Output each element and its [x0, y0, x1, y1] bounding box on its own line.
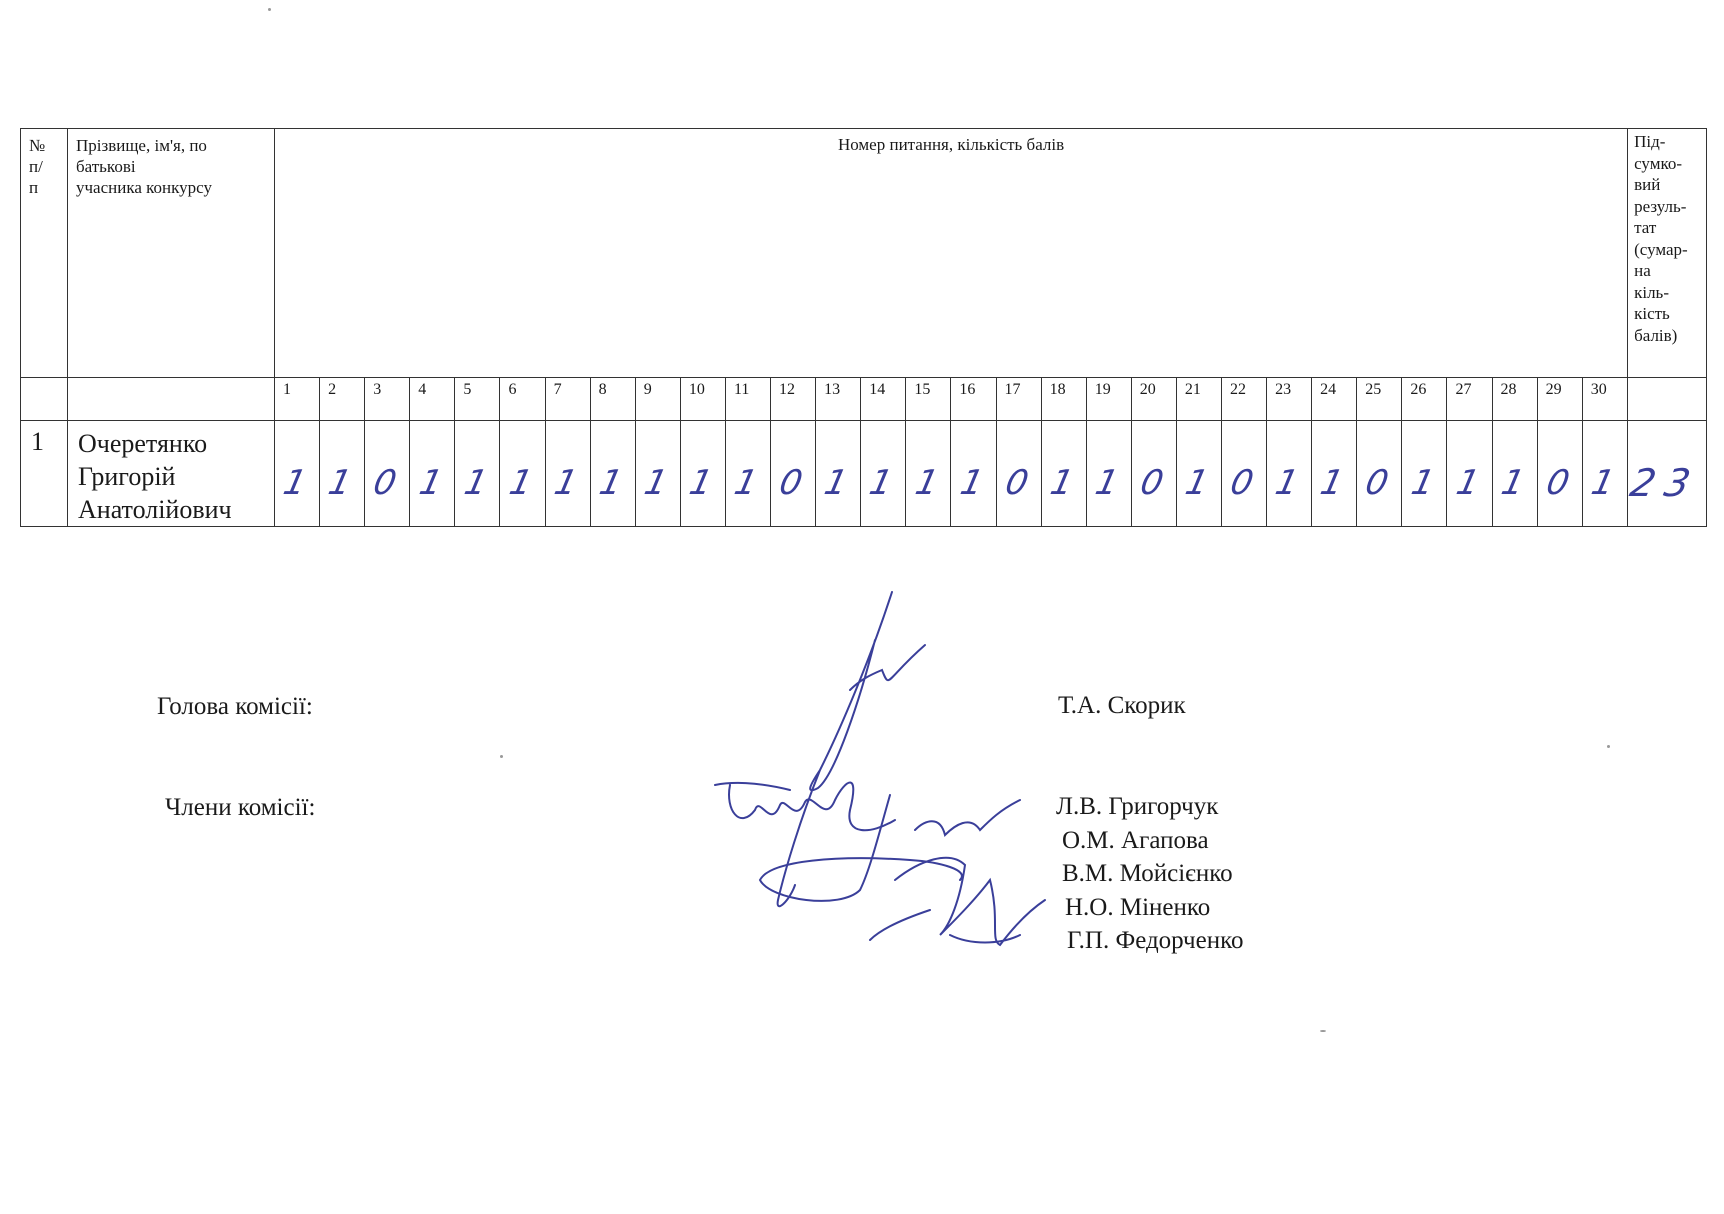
header-total-line: сумко-	[1634, 153, 1706, 175]
score-value: 1	[911, 445, 945, 503]
question-number: 24	[1312, 378, 1357, 421]
score-value: 1	[551, 445, 585, 503]
header-total: Під-сумко-вийрезуль-тат(сумар-накіль-кіс…	[1628, 129, 1707, 378]
participant-surname: Очеретянко	[78, 427, 274, 460]
score-value: 1	[1047, 445, 1081, 503]
total-score-cell: 23	[1628, 421, 1707, 527]
header-total-line: кіль-	[1634, 282, 1706, 304]
score-value: 1	[866, 445, 900, 503]
header-number-line: п/	[29, 156, 67, 177]
score-cell: 0	[1357, 421, 1402, 527]
score-value: 1	[596, 445, 630, 503]
question-number: 14	[861, 378, 906, 421]
total-score-value: 23	[1626, 443, 1708, 505]
score-value: 0	[1137, 445, 1171, 503]
score-value: 1	[1317, 445, 1351, 503]
score-cell: 1	[1267, 421, 1312, 527]
member-name: О.М. Агапова	[1062, 824, 1209, 858]
question-number: 20	[1131, 378, 1176, 421]
score-cell: 1	[906, 421, 951, 527]
score-value: 1	[1092, 445, 1126, 503]
score-value: 1	[1588, 445, 1622, 503]
score-value: 1	[731, 445, 765, 503]
header-name: Прізвище, ім'я, по батькові учасника кон…	[68, 129, 275, 378]
question-number: 3	[365, 378, 410, 421]
score-cell: 1	[590, 421, 635, 527]
header-name-line: Прізвище, ім'я, по	[76, 135, 274, 156]
header-name-line: батькові	[76, 156, 274, 177]
header-questions-title: Номер питання, кількість балів	[275, 129, 1628, 378]
question-number: 10	[680, 378, 725, 421]
participant-first-name: Григорій	[78, 460, 274, 493]
question-number: 11	[725, 378, 770, 421]
score-cell: 1	[1086, 421, 1131, 527]
question-number: 28	[1492, 378, 1537, 421]
question-number: 2	[320, 378, 365, 421]
score-cell: 0	[1131, 421, 1176, 527]
header-name-line: учасника конкурсу	[76, 177, 274, 198]
score-cell: 1	[1582, 421, 1627, 527]
score-cell: 1	[1176, 421, 1221, 527]
empty-cell	[21, 378, 68, 421]
score-value: 0	[1227, 445, 1261, 503]
question-number: 13	[816, 378, 861, 421]
chair-label: Голова комісії:	[157, 693, 313, 721]
score-value: 1	[415, 445, 449, 503]
score-cell: 1	[1312, 421, 1357, 527]
participant-patronymic: Анатолійович	[78, 493, 274, 526]
question-number: 23	[1267, 378, 1312, 421]
member-name: Л.В. Григорчук	[1056, 790, 1218, 824]
member-name: В.М. Мойсієнко	[1062, 857, 1233, 891]
score-table: № п/ п Прізвище, ім'я, по батькові учасн…	[20, 128, 1707, 527]
member-name: Г.П. Федорченко	[1067, 924, 1243, 958]
score-value: 1	[506, 445, 540, 503]
question-number: 29	[1537, 378, 1582, 421]
question-number: 16	[951, 378, 996, 421]
table-row: 1 Очеретянко Григорій Анатолійович 11011…	[21, 421, 1707, 527]
score-cell: 0	[1537, 421, 1582, 527]
question-number: 21	[1176, 378, 1221, 421]
question-number: 8	[590, 378, 635, 421]
score-value: 0	[1362, 445, 1396, 503]
question-number: 9	[635, 378, 680, 421]
question-number: 7	[545, 378, 590, 421]
question-number: 12	[771, 378, 816, 421]
header-number-line: №	[29, 135, 67, 156]
header-total-line: вий	[1634, 174, 1706, 196]
member-name: Н.О. Міненко	[1065, 891, 1210, 925]
row-number: 1	[21, 421, 68, 527]
question-number: 22	[1221, 378, 1266, 421]
score-value: 1	[1452, 445, 1486, 503]
score-cell: 1	[410, 421, 455, 527]
score-cell: 1	[1447, 421, 1492, 527]
question-number-row: 1234567891011121314151617181920212223242…	[21, 378, 1707, 421]
header-total-line: (сумар-	[1634, 239, 1706, 261]
header-total-line: резуль-	[1634, 196, 1706, 218]
header-total-line: Під-	[1634, 131, 1706, 153]
header-total-line: тат	[1634, 217, 1706, 239]
score-value: 0	[1543, 445, 1577, 503]
score-cell: 1	[951, 421, 996, 527]
score-cell: 1	[816, 421, 861, 527]
participant-name: Очеретянко Григорій Анатолійович	[68, 421, 275, 527]
score-value: 1	[280, 445, 314, 503]
score-cell: 0	[365, 421, 410, 527]
header-number-line: п	[29, 177, 67, 198]
score-cell: 1	[1402, 421, 1447, 527]
score-cell: 1	[545, 421, 590, 527]
score-value: 0	[776, 445, 810, 503]
question-number: 4	[410, 378, 455, 421]
question-number: 1	[275, 378, 320, 421]
question-number: 25	[1357, 378, 1402, 421]
score-cell: 1	[635, 421, 680, 527]
score-cell: 1	[275, 421, 320, 527]
members-label: Члени комісії:	[165, 794, 315, 822]
header-total-line: на	[1634, 260, 1706, 282]
question-number: 15	[906, 378, 951, 421]
question-number: 18	[1041, 378, 1086, 421]
score-cell: 1	[861, 421, 906, 527]
question-number: 27	[1447, 378, 1492, 421]
score-value: 1	[1407, 445, 1441, 503]
member-signature-1	[715, 783, 895, 831]
score-cell: 1	[1041, 421, 1086, 527]
score-value: 1	[1498, 445, 1532, 503]
empty-cell	[68, 378, 275, 421]
score-cell: 1	[725, 421, 770, 527]
handwritten-signatures	[700, 580, 1080, 1000]
score-value: 1	[460, 445, 494, 503]
score-cell: 1	[680, 421, 725, 527]
score-cell: 1	[500, 421, 545, 527]
score-cell: 1	[1492, 421, 1537, 527]
header-total-line: балів)	[1634, 325, 1706, 347]
question-number: 5	[455, 378, 500, 421]
header-total-line: кість	[1634, 303, 1706, 325]
score-value: 1	[325, 445, 359, 503]
score-value: 1	[956, 445, 990, 503]
score-cell: 0	[1221, 421, 1266, 527]
header-row: № п/ п Прізвище, ім'я, по батькові учасн…	[21, 129, 1707, 378]
score-value: 1	[641, 445, 675, 503]
question-number: 17	[996, 378, 1041, 421]
question-number: 30	[1582, 378, 1627, 421]
question-number: 6	[500, 378, 545, 421]
score-value: 1	[1272, 445, 1306, 503]
question-number: 19	[1086, 378, 1131, 421]
header-number: № п/ п	[21, 129, 68, 378]
score-cell: 0	[771, 421, 816, 527]
empty-cell	[1628, 378, 1707, 421]
score-cell: 0	[996, 421, 1041, 527]
score-value: 1	[1182, 445, 1216, 503]
score-value: 1	[686, 445, 720, 503]
question-number: 26	[1402, 378, 1447, 421]
score-cell: 1	[455, 421, 500, 527]
score-value: 1	[821, 445, 855, 503]
score-cell: 1	[320, 421, 365, 527]
score-value: 0	[1002, 445, 1036, 503]
score-value: 0	[370, 445, 404, 503]
